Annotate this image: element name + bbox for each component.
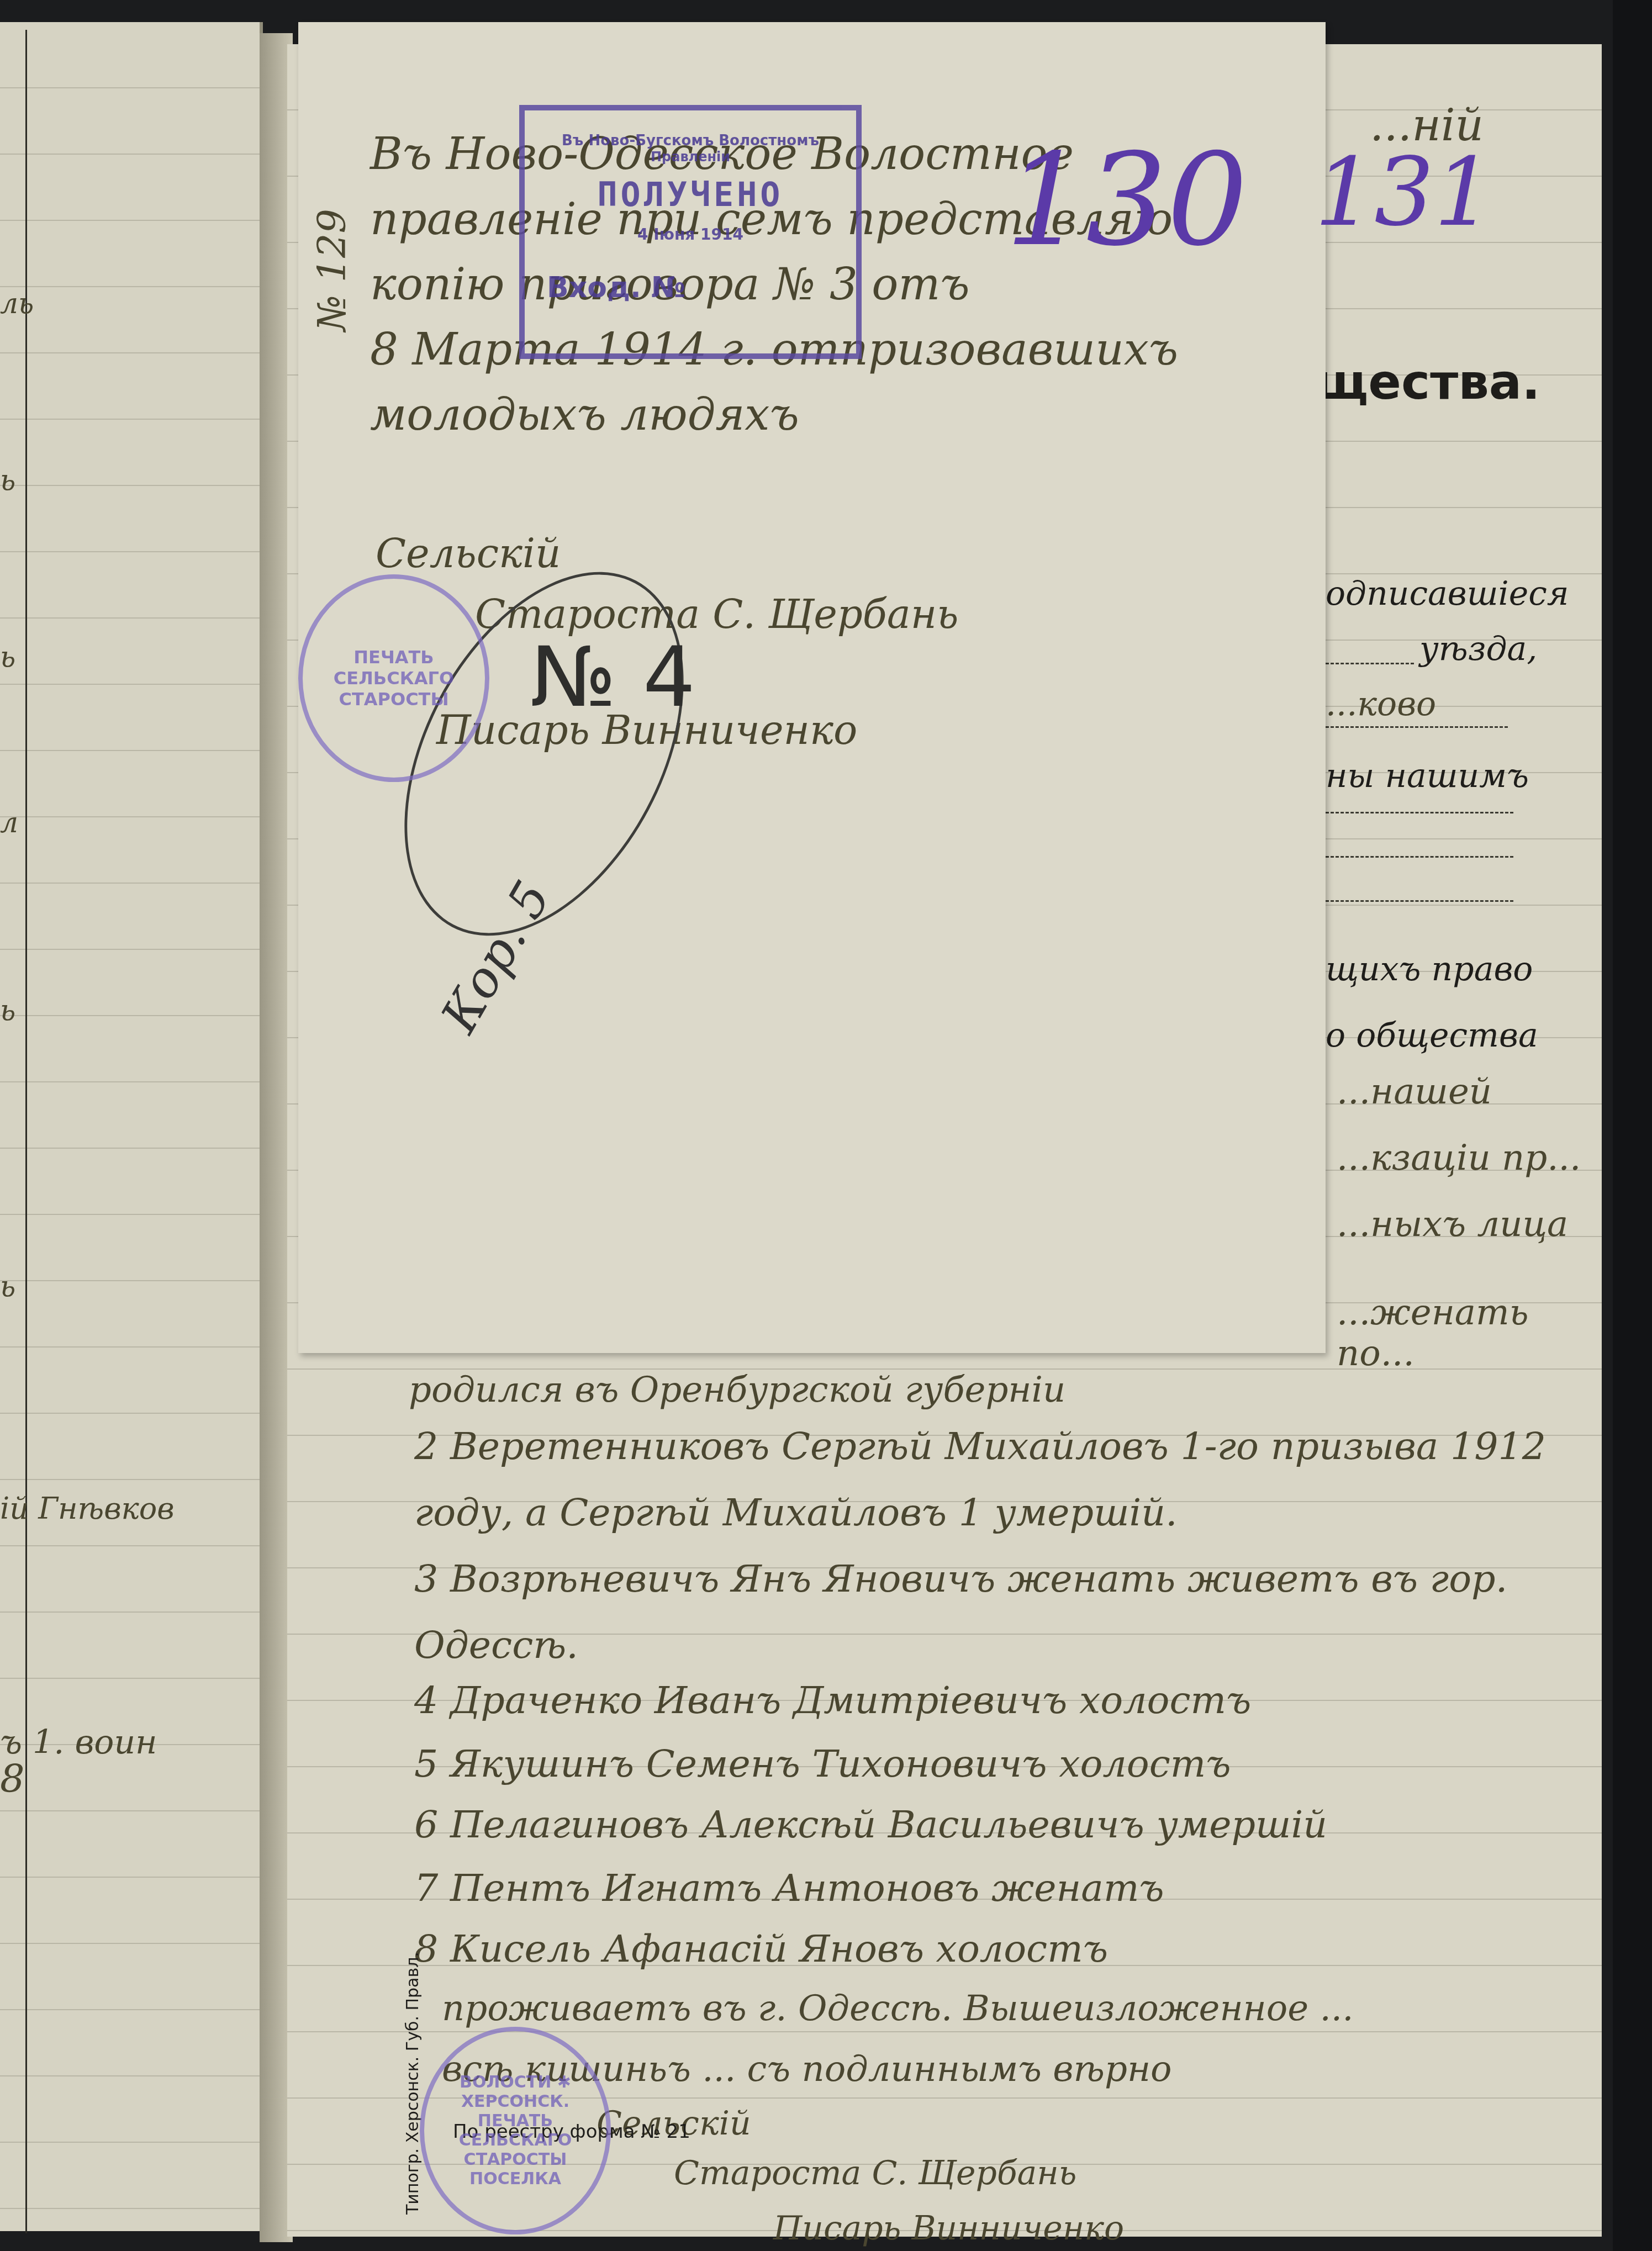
signature-line: Сельскій	[376, 530, 561, 577]
form-line: уѣзда,	[1419, 630, 1537, 668]
left-note: ій Гнѣвков	[0, 1491, 175, 1526]
margin-fragment: ь	[0, 464, 15, 497]
margin-fragment: л	[0, 806, 18, 839]
fill-line	[1326, 812, 1513, 813]
handwritten-fill: ...ково	[1326, 685, 1436, 723]
left-book-page: ль ь ь л ь ь ій Гнѣвков ъ 1. воин 8	[0, 22, 263, 2231]
left-note: 8	[0, 1756, 25, 1801]
list-entry: 5 Якушинъ Семенъ Тихоновичъ холостъ	[414, 1742, 1231, 1786]
form-line: ны нашимъ	[1326, 757, 1529, 795]
list-entry: 4 Драченко Иванъ Дмитріевичъ холостъ	[414, 1679, 1251, 1722]
fill-line	[1326, 663, 1414, 664]
list-entry: 2 Веретенниковъ Сергѣй Михайловъ 1-го пр…	[414, 1414, 1574, 1546]
village-elder-seal: ВОЛОСТИ ✱ ХЕРСОНСК. ПЕЧАТЬ СЕЛЬСКАГО СТА…	[420, 2027, 611, 2234]
registry-number: 131	[1315, 138, 1493, 247]
fill-line	[1326, 726, 1508, 728]
form-line: одписавшіеся	[1326, 574, 1569, 613]
fill-line	[1326, 900, 1513, 902]
margin-fragment: ль	[0, 287, 34, 320]
form-heading: щества.	[1315, 353, 1540, 410]
form-line: щихъ право	[1326, 950, 1533, 989]
scan-background	[1613, 0, 1652, 2251]
margin-fragment: ь	[0, 994, 15, 1027]
pencil-mark: № 4	[530, 630, 695, 726]
list-continuation: ...нашей	[1337, 1071, 1492, 1112]
signature-line: Писарь Винниченко	[773, 2209, 1124, 2248]
list-continuation: ...женать по...	[1337, 1292, 1602, 1374]
list-entry: 6 Пелагиновъ Алексѣй Васильевичъ умершій	[414, 1803, 1327, 1847]
signature-line: Староста С. Щербань	[674, 2154, 1076, 2192]
margin-fragment: ь	[0, 641, 15, 674]
margin-rule	[25, 30, 27, 2233]
list-entry: 3 Возрѣневичъ Янъ Яновичъ женать живетъ …	[414, 1546, 1574, 1679]
fill-line	[1326, 856, 1513, 858]
registry-number: 130	[1005, 127, 1248, 274]
list-continuation: родился въ Оренбургской губерніи	[409, 1370, 1065, 1410]
list-entry: 8 Кисель Афанасій Яновъ холостъ	[414, 1927, 1108, 1971]
printer-imprint: Типогр. Херсонск. Губ. Правл.	[403, 1952, 423, 2215]
received-stamp: Въ Ново-Бугскомъ Волостномъ Правленіи ПО…	[519, 105, 862, 359]
list-continuation: ...кзаціи пр...	[1337, 1138, 1581, 1179]
margin-number: № 129	[309, 209, 355, 331]
margin-fragment: ь	[0, 1270, 15, 1303]
list-continuation: ...ныхъ лица	[1337, 1204, 1568, 1245]
closing-line: проживаетъ въ г. Одессѣ. Вышеизложенное …	[442, 1988, 1353, 2029]
list-entry: 7 Пентъ Игнатъ Антоновъ женатъ	[414, 1867, 1164, 1910]
village-elder-seal: ПЕЧАТЬ СЕЛЬСКАГО СТАРОСТЫ	[298, 574, 489, 782]
form-line: о общества	[1326, 1016, 1538, 1055]
